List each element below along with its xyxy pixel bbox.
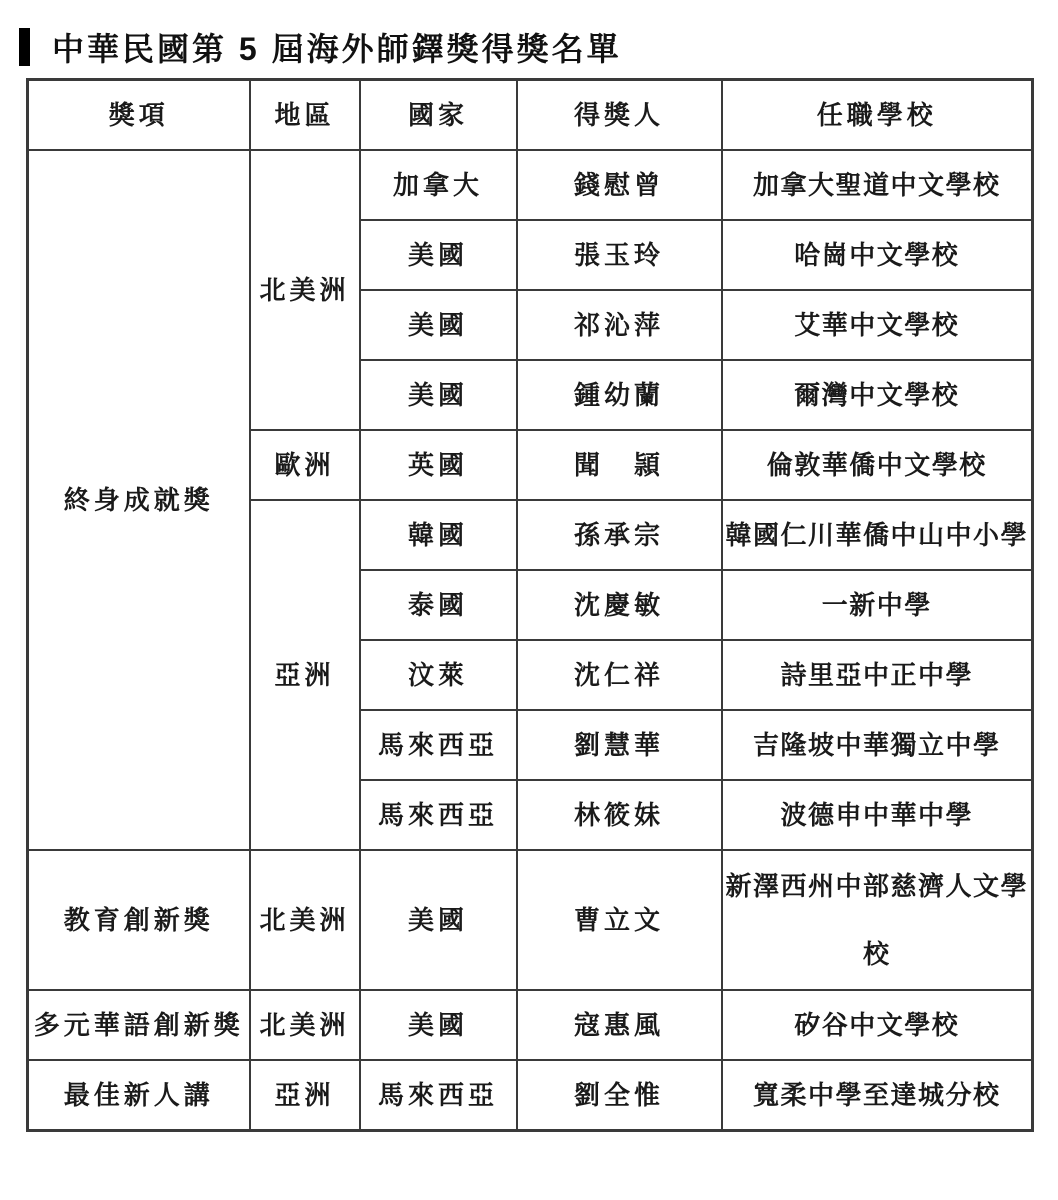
awards-table: 獎項 地區 國家 得獎人 任職學校 終身成就獎 北美洲 加拿大 錢慰曾 加拿大聖…: [26, 78, 1034, 1132]
award-cell: 終身成就獎: [28, 150, 250, 850]
school-cell: 哈崗中文學校: [722, 220, 1033, 290]
winner-cell: 錢慰曾: [517, 150, 722, 220]
header-row: 獎項 地區 國家 得獎人 任職學校: [28, 80, 1033, 151]
country-cell: 美國: [360, 220, 517, 290]
school-cell: 加拿大聖道中文學校: [722, 150, 1033, 220]
country-cell: 美國: [360, 290, 517, 360]
col-header-winner: 得獎人: [517, 80, 722, 151]
winner-cell: 沈慶敏: [517, 570, 722, 640]
school-cell: 詩里亞中正中學: [722, 640, 1033, 710]
school-cell: 矽谷中文學校: [722, 990, 1033, 1060]
school-cell: 寬柔中學至達城分校: [722, 1060, 1033, 1131]
school-cell: 韓國仁川華僑中山中小學: [722, 500, 1033, 570]
table-row: 教育創新獎 北美洲 美國 曹立文 新澤西州中部慈濟人文學校: [28, 850, 1033, 990]
country-cell: 韓國: [360, 500, 517, 570]
award-cell: 多元華語創新獎: [28, 990, 250, 1060]
table-row: 最佳新人講 亞洲 馬來西亞 劉全惟 寬柔中學至達城分校: [28, 1060, 1033, 1131]
col-header-award: 獎項: [28, 80, 250, 151]
winner-cell: 鍾幼蘭: [517, 360, 722, 430]
school-cell: 一新中學: [722, 570, 1033, 640]
page-title-text: 中華民國第 5 屆海外師鐸獎得獎名單: [52, 24, 622, 70]
table-row: 終身成就獎 北美洲 加拿大 錢慰曾 加拿大聖道中文學校: [28, 150, 1033, 220]
region-cell: 北美洲: [250, 150, 360, 430]
table-row: 多元華語創新獎 北美洲 美國 寇惠風 矽谷中文學校: [28, 990, 1033, 1060]
school-cell: 波德申中華中學: [722, 780, 1033, 850]
school-cell: 艾華中文學校: [722, 290, 1033, 360]
page: 中華民國第 5 屆海外師鐸獎得獎名單 獎項 地區 國家 得獎人 任職學校 終身成…: [0, 0, 1058, 1200]
country-cell: 泰國: [360, 570, 517, 640]
school-cell: 爾灣中文學校: [722, 360, 1033, 430]
school-cell: 吉隆坡中華獨立中學: [722, 710, 1033, 780]
winner-cell: 孫承宗: [517, 500, 722, 570]
winner-cell: 劉全惟: [517, 1060, 722, 1131]
col-header-country: 國家: [360, 80, 517, 151]
winner-cell: 寇惠風: [517, 990, 722, 1060]
country-cell: 馬來西亞: [360, 710, 517, 780]
col-header-school: 任職學校: [722, 80, 1033, 151]
school-cell: 新澤西州中部慈濟人文學校: [722, 850, 1033, 990]
country-cell: 馬來西亞: [360, 780, 517, 850]
country-cell: 汶萊: [360, 640, 517, 710]
school-cell: 倫敦華僑中文學校: [722, 430, 1033, 500]
region-cell: 北美洲: [250, 850, 360, 990]
award-cell: 最佳新人講: [28, 1060, 250, 1131]
country-cell: 美國: [360, 850, 517, 990]
winner-cell: 張玉玲: [517, 220, 722, 290]
title-bar-mark: [19, 28, 30, 66]
page-title: 中華民國第 5 屆海外師鐸獎得獎名單: [19, 24, 622, 70]
region-cell: 亞洲: [250, 1060, 360, 1131]
winner-cell: 林筱妹: [517, 780, 722, 850]
country-cell: 美國: [360, 990, 517, 1060]
country-cell: 英國: [360, 430, 517, 500]
winner-cell: 聞 頴: [517, 430, 722, 500]
region-cell: 歐洲: [250, 430, 360, 500]
country-cell: 美國: [360, 360, 517, 430]
award-cell: 教育創新獎: [28, 850, 250, 990]
winner-cell: 劉慧華: [517, 710, 722, 780]
winner-cell: 沈仁祥: [517, 640, 722, 710]
country-cell: 馬來西亞: [360, 1060, 517, 1131]
col-header-region: 地區: [250, 80, 360, 151]
country-cell: 加拿大: [360, 150, 517, 220]
region-cell: 北美洲: [250, 990, 360, 1060]
winner-cell: 曹立文: [517, 850, 722, 990]
winner-cell: 祁沁萍: [517, 290, 722, 360]
region-cell: 亞洲: [250, 500, 360, 850]
